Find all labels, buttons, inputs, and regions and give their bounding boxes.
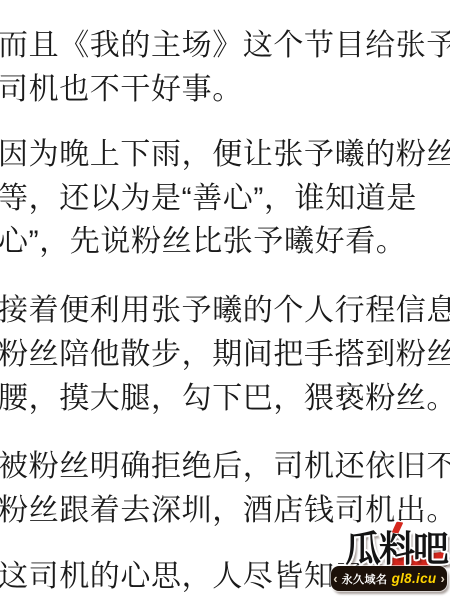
text-line: 因为晚上下雨，便让张予曦的粉丝 [0,138,450,172]
text-line: 司机也不干好事。 [0,73,243,107]
text-line: 腰，摸大腿，勾下巴，猥亵粉丝。 [0,382,450,416]
site-watermark: 瓜料吧 ‹ 永久域名 gl8.icu › [327,525,449,593]
text-line: 而且《我的主场》这个节目给张予曦 [0,29,450,63]
text-line: 心”，先说粉丝比张予曦好看。 [0,225,406,259]
article-text: 而且《我的主场》这个节目给张予曦 司机也不干好事。 因为晚上下雨，便让张予曦的粉… [0,0,450,599]
text-line: 这司机的心思，人尽皆知了 [0,560,365,594]
text-line: 等，还以为是“善心”，谁知道是 [0,182,417,216]
text-line: 接着便利用张予曦的个人行程信息交 [0,294,450,328]
domain-text: gl8.icu [392,571,437,586]
text-line: 被粉丝明确拒绝后，司机还依旧不死 [0,450,450,484]
chevron-left-icon: ‹ [333,572,337,585]
watermark-domain-banner: ‹ 永久域名 gl8.icu › [331,566,447,591]
chevron-right-icon: › [440,572,444,585]
text-line: 粉丝陪他散步，期间把手搭到粉丝肩 [0,338,450,372]
permanent-domain-label: 永久域名 [342,571,388,587]
